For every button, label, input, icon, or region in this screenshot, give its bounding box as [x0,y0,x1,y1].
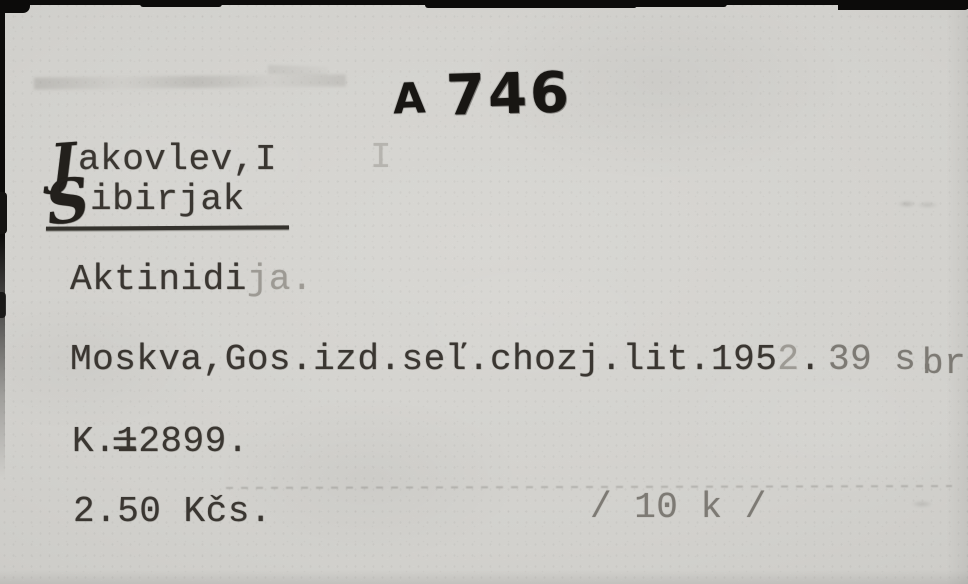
imprint-faded-year-digit: 2 [777,339,799,380]
scan-edge-top-segment-4 [838,0,968,10]
author-line: akovlev,I [78,142,277,178]
imprint-binding: br [922,346,966,382]
inventory-overstruck-mark: = [111,428,139,464]
catalog-card-scan: A746 J akovlev,I I S ibirjak Aktinidija.… [0,0,968,584]
title-faded-end: ja. [247,259,313,300]
inventory-suffix: 2899. [138,421,249,462]
inventory-number: K.1=2899. [72,424,249,460]
handwritten-initial-s: S [42,169,93,234]
imprint-period: . [799,339,821,380]
author-ghost-initial: I [370,140,392,176]
title-main: Aktinidi [70,259,247,300]
circulation-note: / 10 k / [590,490,767,526]
scan-edge-top-segment-2 [425,0,637,8]
imprint-place-publisher: Moskva,Gos.izd.seľ.chozj.lit.195 [70,339,777,380]
scan-edge-top-segment-3 [632,0,727,7]
title-line: Aktinidija. [70,262,313,298]
scan-edge-top-segment-1 [140,0,222,7]
scan-edge-left-blob-1 [0,192,7,234]
pseudonym-line: ibirjak [90,182,245,218]
call-number: A746 [393,62,571,127]
faint-dotted-rule [226,485,952,489]
call-number-letter: A [392,73,426,123]
pseudonym-underline [46,225,289,230]
scan-edge-left [0,0,5,520]
call-number-digits: 746 [445,60,573,128]
bottom-shading [0,570,968,584]
scan-edge-top-right-corner [956,0,968,9]
imprint-line: Moskva,Gos.izd.seľ.chozj.lit.1952. [70,342,822,378]
smudge-right-lower [905,498,939,510]
right-shading [946,0,968,584]
inventory-overstruck-char: 1= [116,424,138,460]
scan-edge-left-blob-2 [0,292,6,318]
inventory-prefix: K. [72,421,116,462]
erased-pencil-line [34,74,346,89]
smudge-right-upper [893,196,939,212]
price: 2.50 Kčs. [73,494,272,530]
